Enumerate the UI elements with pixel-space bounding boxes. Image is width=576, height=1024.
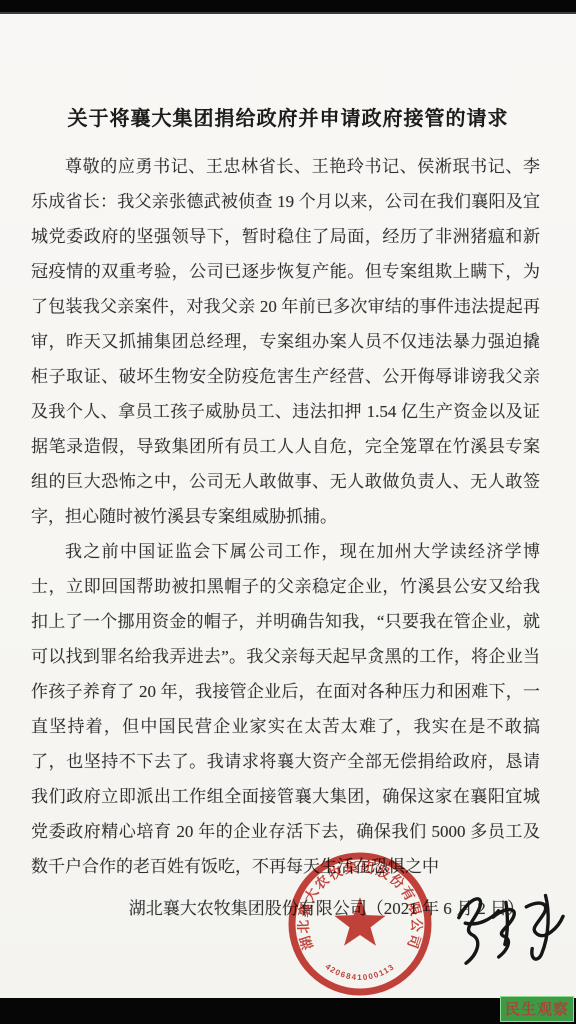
document-page: 关于将襄大集团捐给政府并申请政府接管的请求 尊敬的应勇书记、王忠林省长、王艳玲书…	[0, 14, 576, 998]
handwritten-signature	[449, 876, 574, 988]
document-body: 尊敬的应勇书记、王忠林省长、王艳玲书记、侯淅珉书记、李乐成省长：我父亲张德武被侦…	[31, 149, 540, 884]
signature-stroke	[526, 902, 564, 937]
paragraph-1: 尊敬的应勇书记、王忠林省长、王艳玲书记、侯淅珉书记、李乐成省长：我父亲张德武被侦…	[31, 149, 540, 534]
seal-serial-number: 4206841000113	[324, 962, 397, 982]
document-title: 关于将襄大集团捐给政府并申请政府接管的请求	[0, 102, 576, 131]
letterbox-top-bar	[0, 0, 576, 14]
signature-stroke	[458, 899, 485, 964]
letterbox-bottom-bar: 民生观察	[0, 998, 576, 1024]
watermark-badge: 民生观察	[500, 996, 574, 1022]
signoff-company-date: 湖北襄大农牧集团股份有限公司（2021 年 6 月 2 日）	[0, 894, 524, 919]
seal-star-icon	[334, 897, 385, 946]
signature-stroke	[492, 909, 517, 957]
photo-of-document: 关于将襄大集团捐给政府并申请政府接管的请求 尊敬的应勇书记、王忠林省长、王艳玲书…	[0, 0, 576, 1024]
company-seal-stamp: 湖北襄大农牧集团股份有限公司 4206841000113	[286, 850, 434, 998]
paragraph-2: 我之前中国证监会下属公司工作，现在加州大学读经济学博士，立即回国帮助被扣黑帽子的…	[31, 534, 540, 884]
